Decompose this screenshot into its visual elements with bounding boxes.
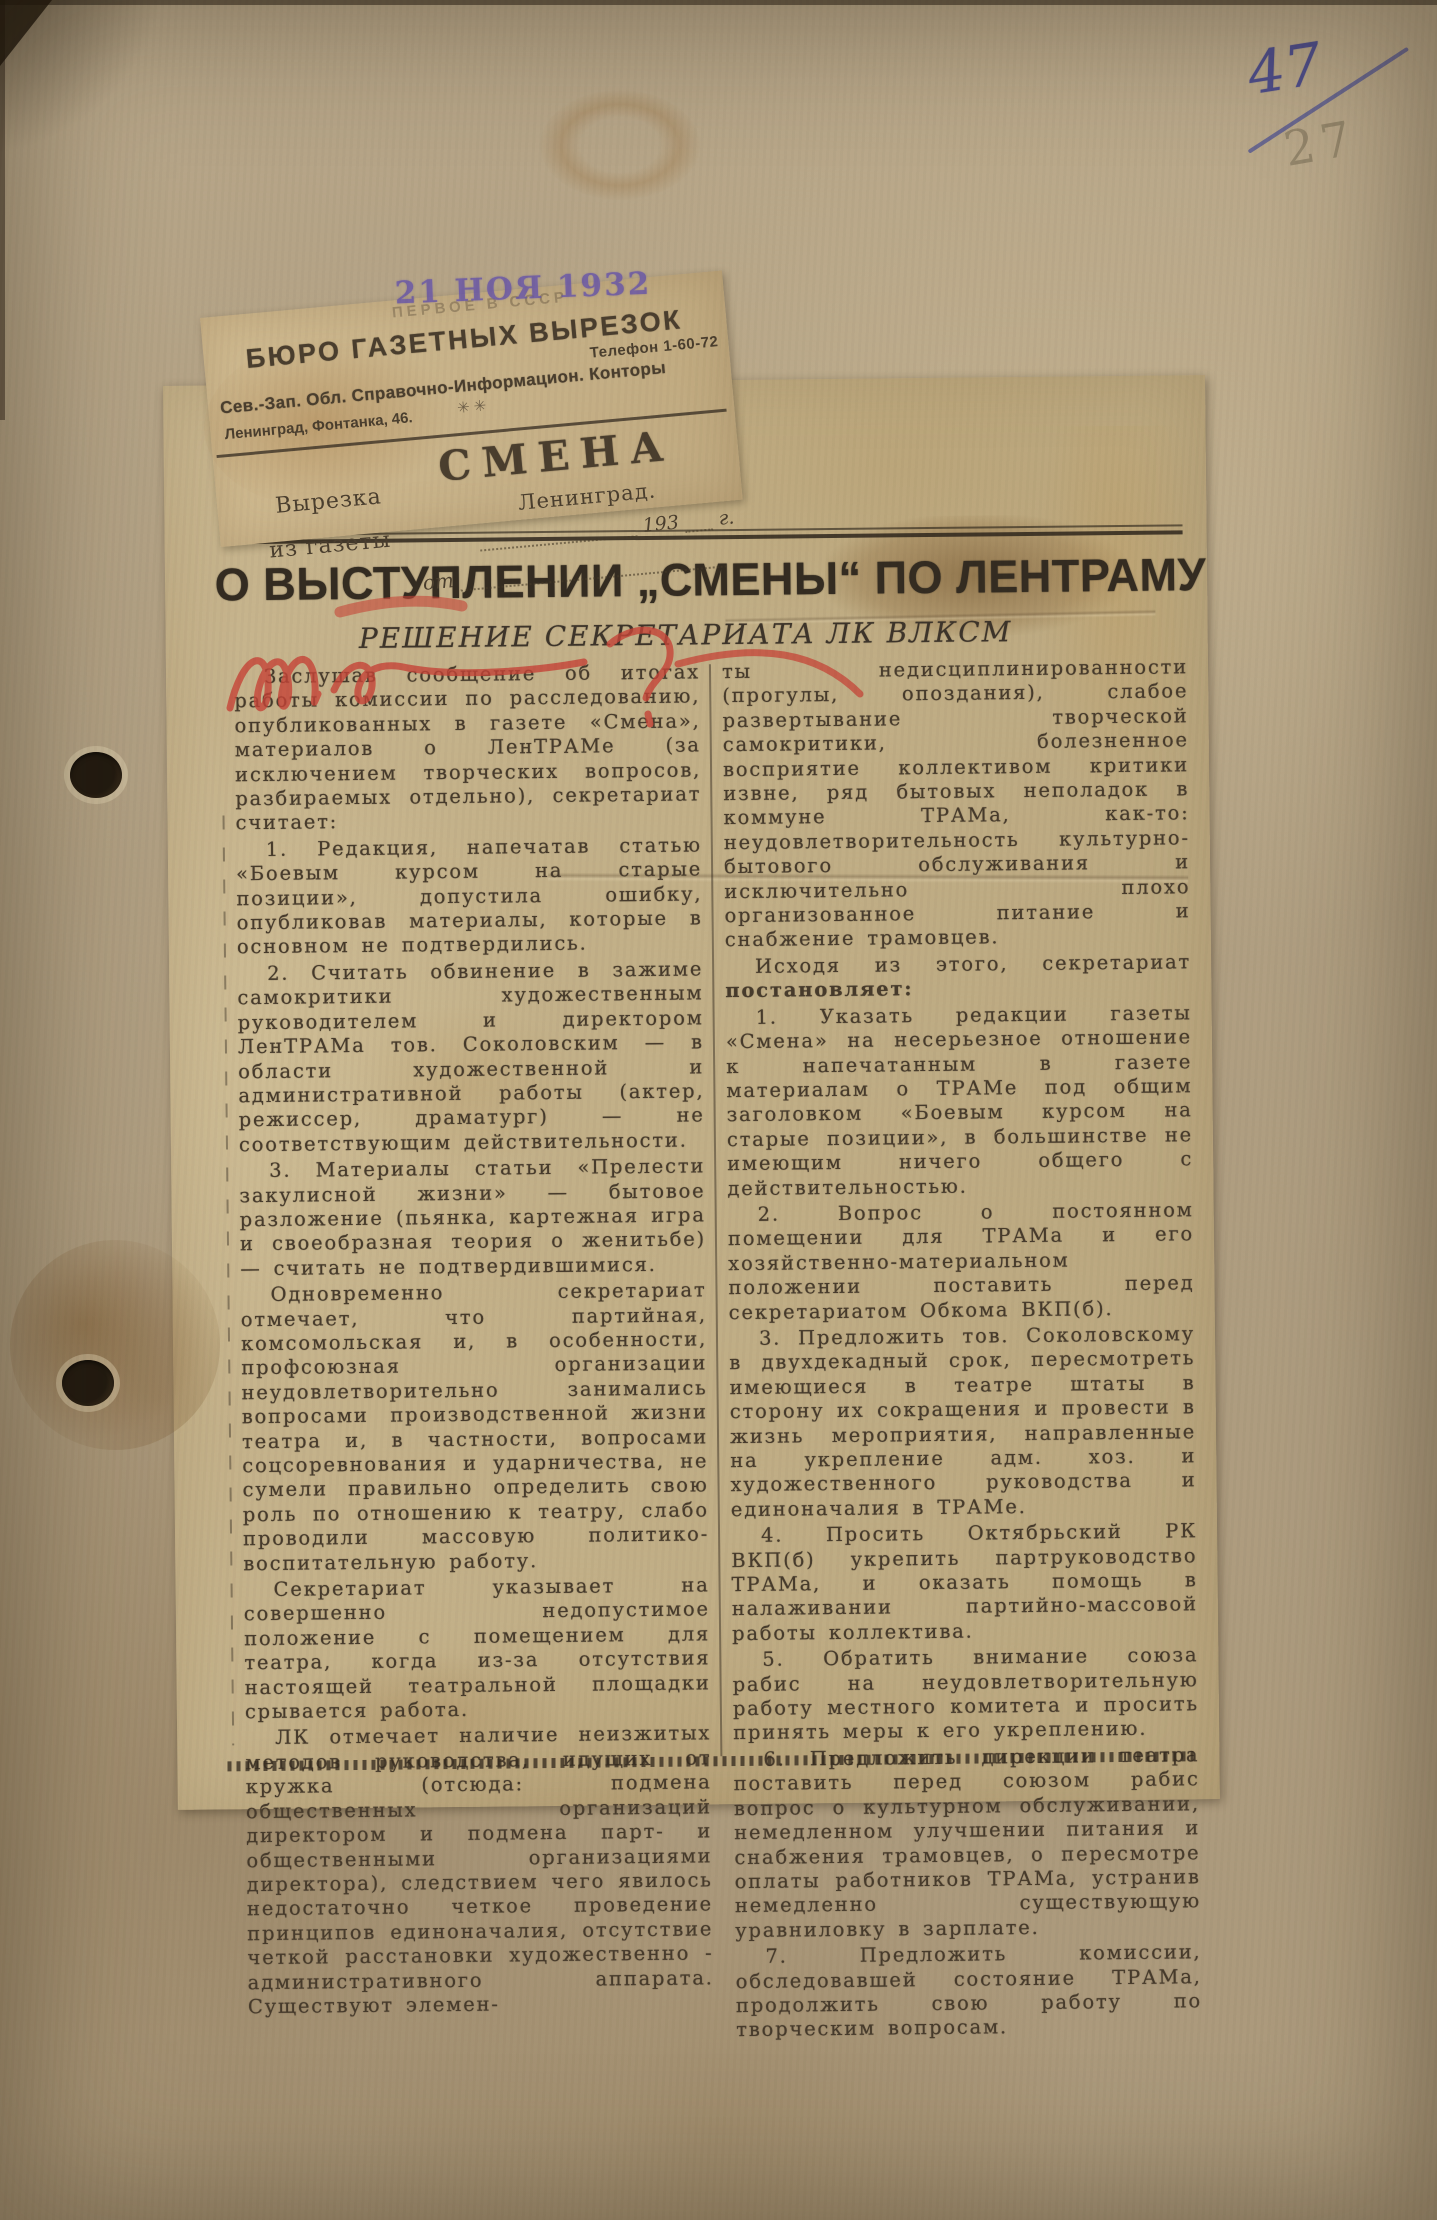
from-label: от <box>422 568 455 595</box>
clipping-paragraph: Заслушав сообщение об итогах работы коми… <box>234 660 702 836</box>
left-edge-dashes <box>222 815 234 1745</box>
archive-scan-page: О ВЫСТУПЛЕНИИ „СМЕНЫ“ ПО ЛЕНТРАМУ РЕШЕНИ… <box>0 0 1437 2220</box>
clipping-paragraph: 2. Вопрос о постоянном помещении для ТРА… <box>728 1198 1195 1325</box>
clipping-paragraph: 3. Предложить тов. Соколовскому в двухде… <box>729 1322 1197 1522</box>
clipping-paragraph: 1. Редакция, напечатав статью «Боевым ку… <box>236 833 703 960</box>
printer-ornament: ✳✳ <box>456 396 491 417</box>
clipping-paragraph: Исходя из этого, секретариат постановляе… <box>725 950 1191 1004</box>
cutting-label-line1: Вырезка <box>274 484 382 519</box>
punch-hole <box>62 1360 114 1406</box>
article-subheadline: РЕШЕНИЕ СЕКРЕТАРИАТА ЛК ВЛКСМ <box>285 614 1085 655</box>
folio-number-text: 47 <box>1243 29 1327 108</box>
year-suffix: г. <box>718 506 736 529</box>
page-edge <box>0 0 5 420</box>
clipping-paragraph: Секретариат указывает на совершенно недо… <box>243 1573 711 1724</box>
clipping-paragraph: 1. Указать редакции газеты «Смена» на не… <box>726 1001 1194 1201</box>
punch-hole <box>70 752 122 798</box>
article-right-column: ты недисциплинированности (прогулы, опоз… <box>722 655 1202 2045</box>
dark-corner <box>0 0 52 66</box>
page-edge <box>0 0 1437 5</box>
clipping-paragraph: 7. Предложить комиссии, обследовавшей со… <box>735 1940 1202 2042</box>
clipping-paragraph: 2. Считать обвинение в зажиме самокритик… <box>237 957 705 1157</box>
newspaper-clipping: О ВЫСТУПЛЕНИИ „СМЕНЫ“ ПО ЛЕНТРАМУ РЕШЕНИ… <box>163 375 1220 1810</box>
dotted-blank <box>684 509 714 532</box>
clipping-paragraph: 4. Просить Октябрьский РК ВКП(б) укрепит… <box>731 1519 1198 1646</box>
year-prefix: 193 <box>642 511 680 536</box>
pencil-page-number: 27 <box>1280 110 1362 178</box>
clipping-bureau-slip: ПЕРВОЕ В СССР БЮРО ГАЗЕТНЫХ ВЫРЕЗОК Теле… <box>200 271 743 548</box>
clipping-paragraph: 3. Материалы статьи «Прелести закулисной… <box>239 1154 706 1281</box>
article-left-column: Заслушав сообщение об итогах работы коми… <box>234 660 714 2021</box>
clipping-paragraph: 5. Обратить внимание союза рабис на неуд… <box>732 1643 1199 1745</box>
column-divider-rule <box>709 664 722 1756</box>
clipping-paragraph: Одновременно секретариат отмечает, что п… <box>240 1279 709 1577</box>
date-stamp: 21 НОЯ 1932 <box>394 266 652 312</box>
clipping-paragraph: ты недисциплинированности (прогулы, опоз… <box>722 655 1191 953</box>
clipping-paragraph: 6. Предложить дирекции театра поставить … <box>733 1743 1201 1943</box>
ring-stain <box>540 90 700 200</box>
